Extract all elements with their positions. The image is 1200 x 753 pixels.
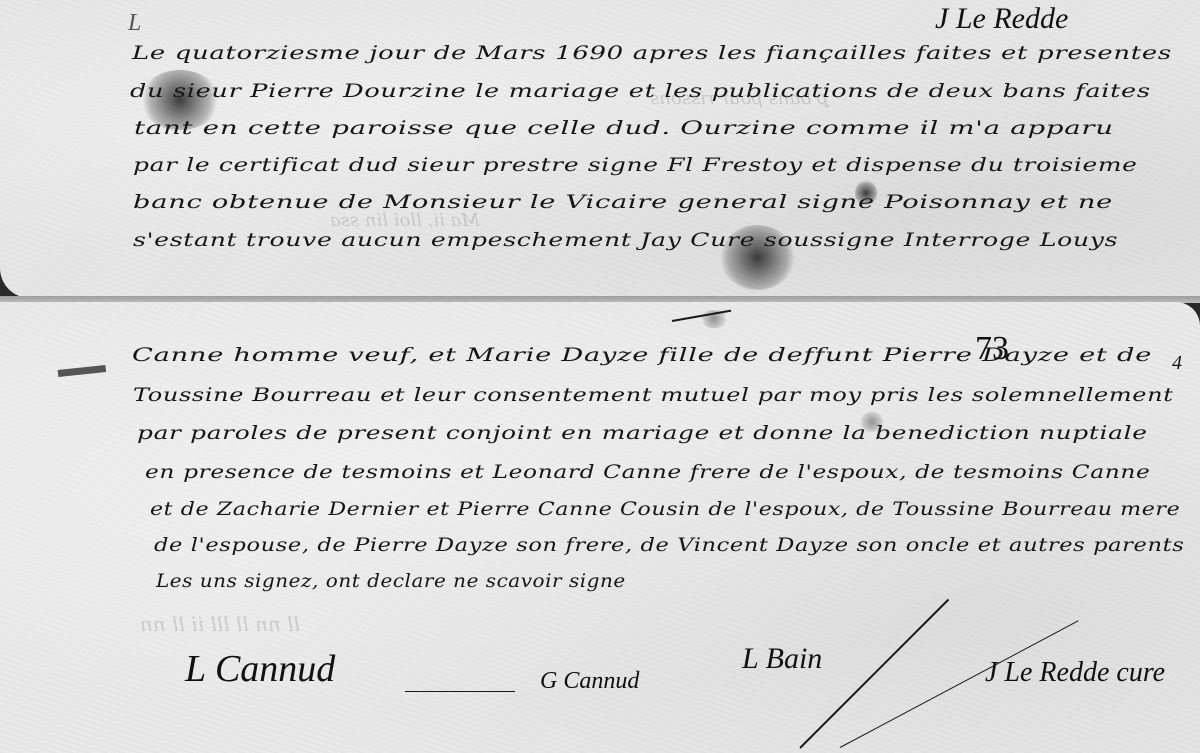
manuscript-line-6: s'estant trouve aucun empeschement Jay C…: [133, 229, 1118, 251]
manuscript-line-1: Le quatorziesme jour de Mars 1690 apres …: [132, 42, 1172, 64]
manuscript-fragment-top: ꝑ bans pour rissons Ma ii, lloi lin ssa …: [0, 0, 1200, 298]
bleed-through-text: Ma ii, lloi lin ssa: [330, 210, 480, 231]
signature-3: L Bain: [742, 642, 822, 676]
manuscript-fragment-bottom: 73 4 Canne homme veuf, et Marie Dayze fi…: [0, 302, 1200, 753]
margin-mark: 4: [1172, 352, 1182, 375]
margin-ink-mark: [58, 365, 106, 377]
header-signature: J Le Redde: [935, 2, 1068, 36]
manuscript-line-13: Les uns signez, ont declare ne scavoir s…: [156, 570, 626, 592]
signature-1: L Cannud: [185, 647, 335, 691]
manuscript-line-8: Toussine Bourreau et leur consentement m…: [133, 384, 1174, 406]
manuscript-line-9: par paroles de present conjoint en maria…: [137, 422, 1148, 444]
ink-blot: [855, 180, 877, 206]
ink-blot: [720, 225, 795, 290]
ink-blot: [140, 70, 220, 130]
ink-blot: [860, 412, 884, 432]
manuscript-line-11: et de Zacharie Dernier et Pierre Canne C…: [150, 498, 1180, 520]
signature-4: J Le Redde cure: [985, 657, 1165, 689]
margin-note: L: [128, 10, 141, 37]
manuscript-line-3: tant en cette paroisse que celle dud. Ou…: [134, 117, 1114, 139]
signature-2: G Cannud: [540, 668, 639, 695]
manuscript-line-2: du sieur Pierre Dourzine le mariage et l…: [130, 80, 1151, 102]
manuscript-line-5: banc obtenue de Monsieur le Vicaire gene…: [133, 191, 1113, 213]
signature-flourish: [405, 691, 515, 692]
ink-blot: [700, 310, 728, 328]
manuscript-line-4: par le certificat dud sieur prestre sign…: [133, 154, 1138, 176]
manuscript-line-12: de l'espouse, de Pierre Dayze son frere,…: [154, 534, 1184, 556]
bleed-through-text: ll nn ll lll ii ll nn: [140, 612, 300, 636]
manuscript-line-7: Canne homme veuf, et Marie Dayze fille d…: [132, 344, 1152, 366]
manuscript-line-10: en presence de tesmoins et Leonard Canne…: [145, 461, 1150, 483]
